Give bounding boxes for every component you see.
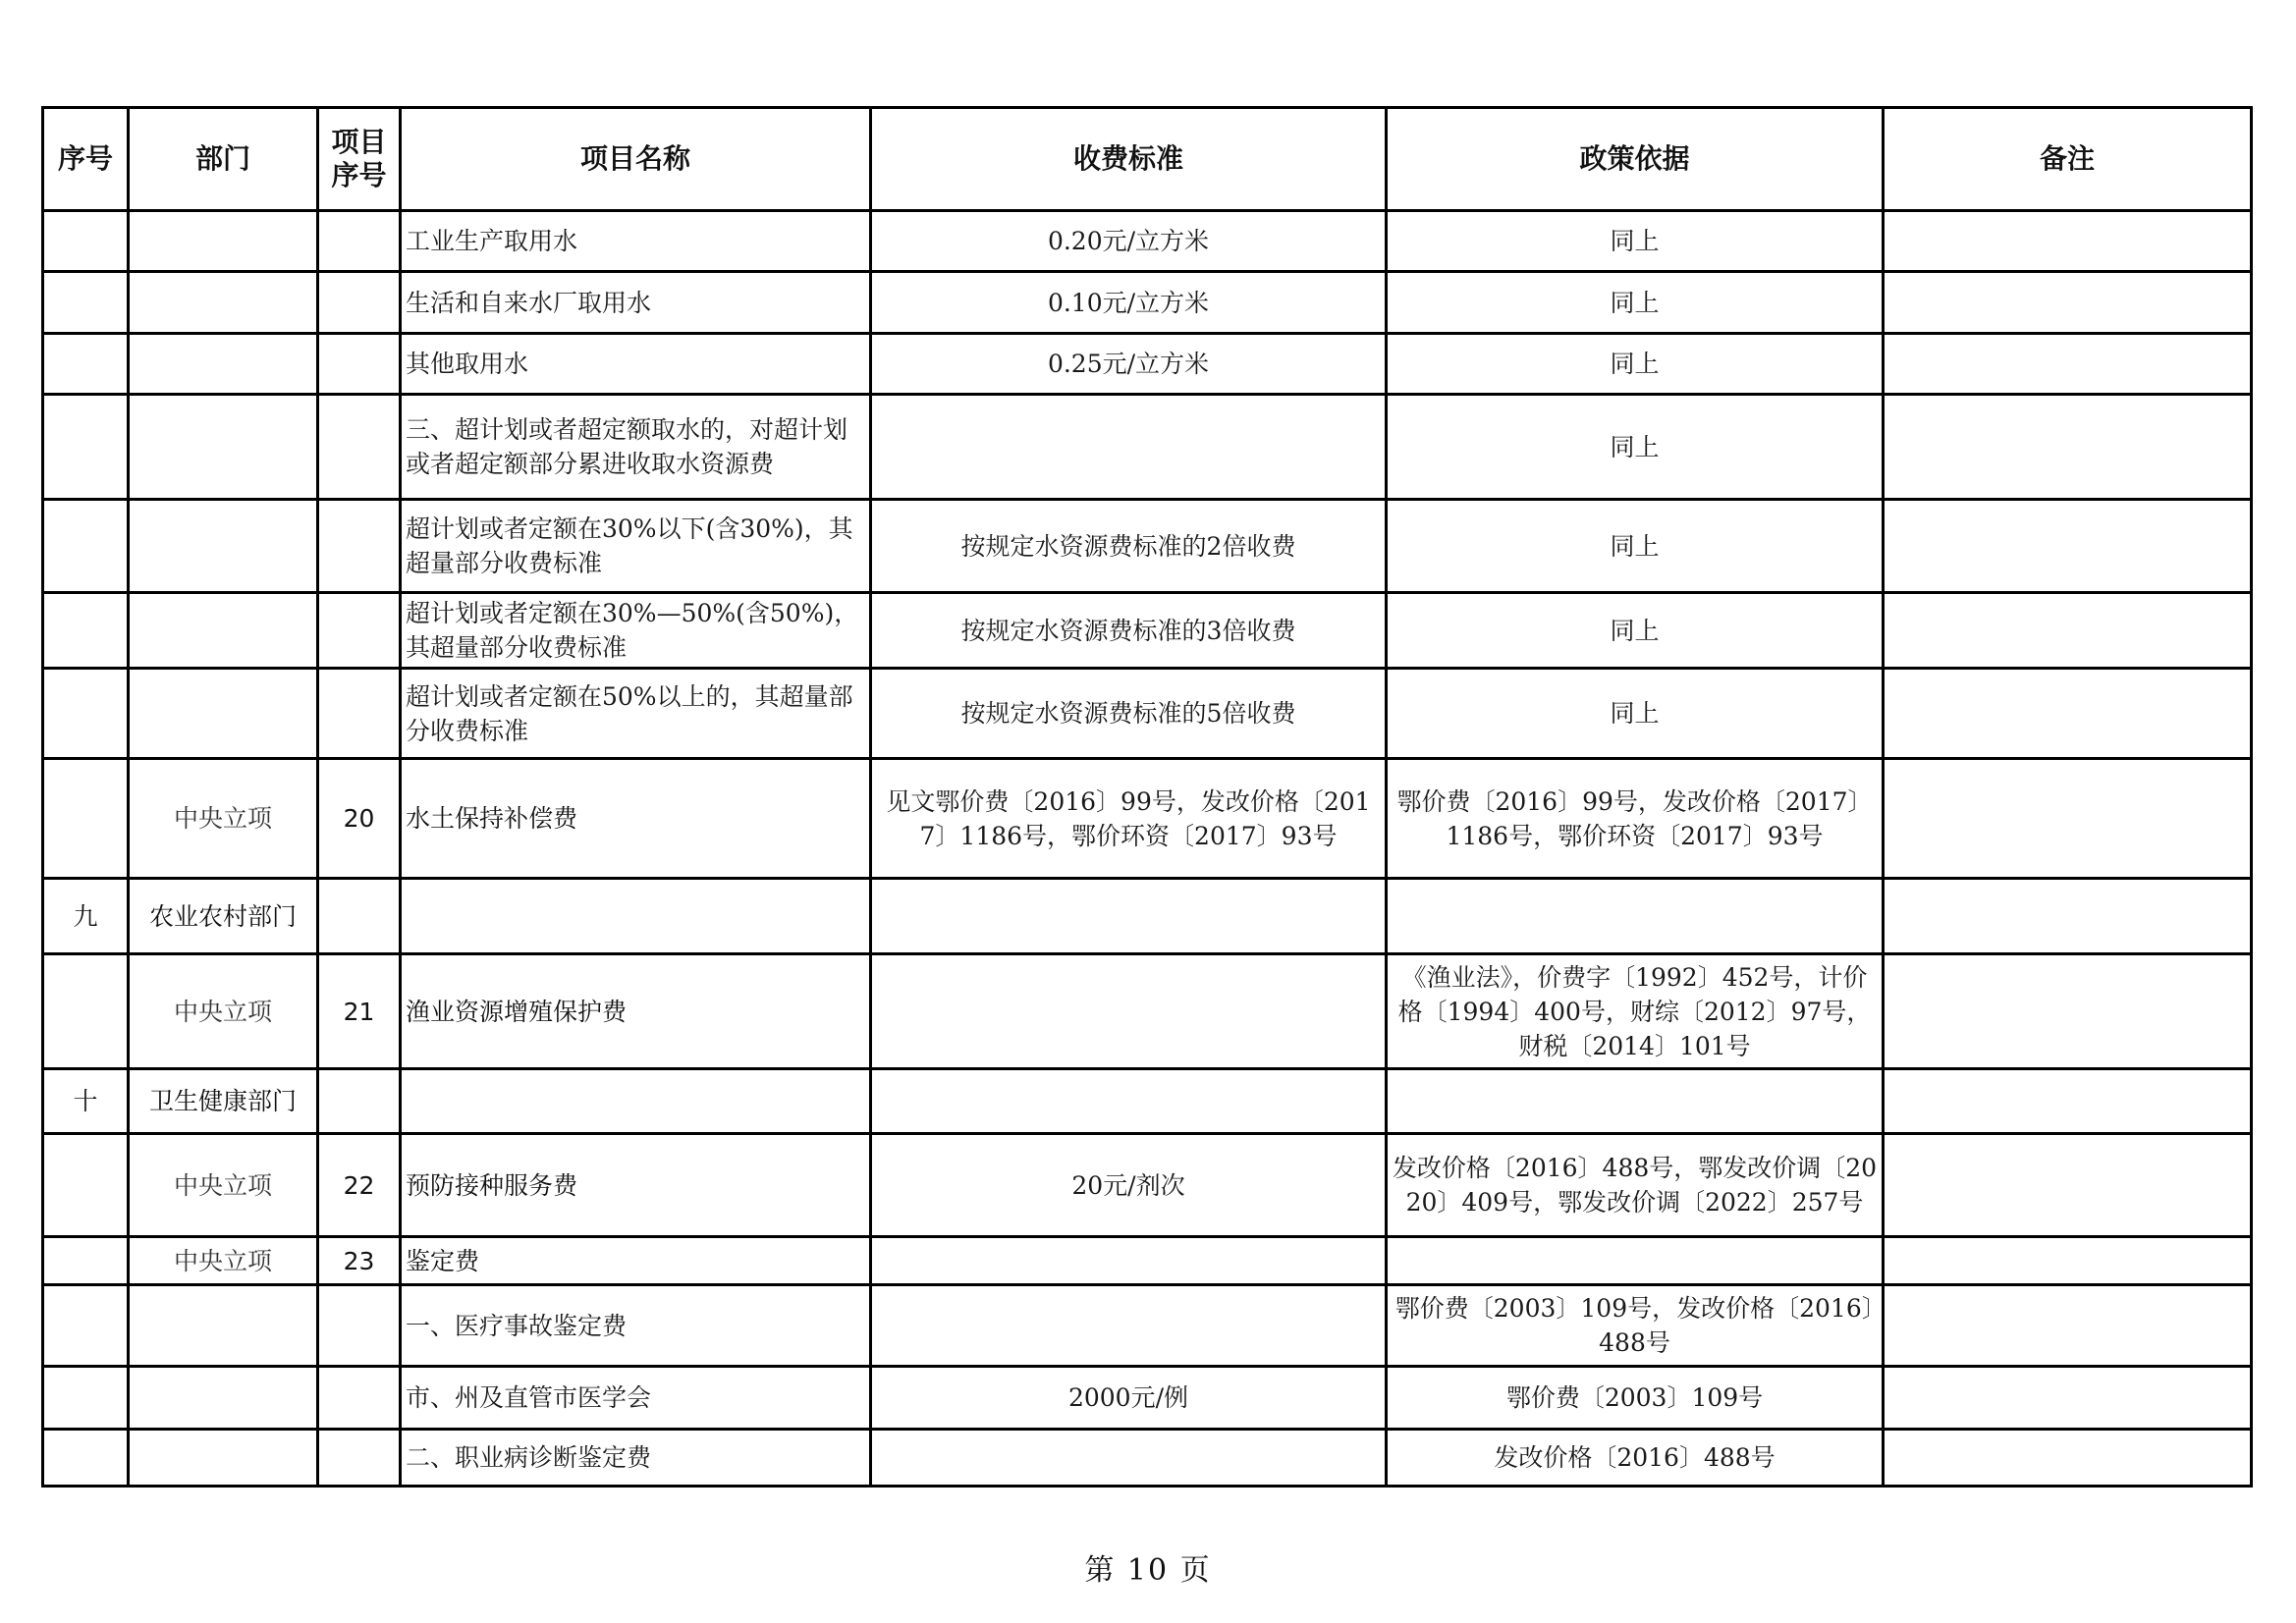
cell-item-name: 超计划或者定额在30%以下(含30%)，其超量部分收费标准 (401, 500, 871, 593)
cell-item-no: 20 (318, 759, 401, 879)
cell-policy-basis: 鄂价费〔2003〕109号，发改价格〔2016〕488号 (1387, 1285, 1884, 1367)
cell-item-no (318, 211, 401, 272)
header-basis: 政策依据 (1387, 108, 1884, 211)
cell-seq (43, 211, 129, 272)
cell-fee-standard: 按规定水资源费标准的2倍收费 (871, 500, 1387, 593)
cell-seq (43, 593, 129, 669)
cell-dept (129, 395, 318, 500)
cell-item-name: 三、超计划或者超定额取水的，对超计划或者超定额部分累进收取水资源费 (401, 395, 871, 500)
cell-item-name: 鉴定费 (401, 1237, 871, 1285)
cell-item-name (401, 879, 871, 954)
cell-policy-basis: 《渔业法》，价费字〔1992〕452号，计价格〔1994〕400号，财综〔201… (1387, 954, 1884, 1069)
cell-item-no (318, 1069, 401, 1134)
cell-seq (43, 954, 129, 1069)
cell-item-no: 23 (318, 1237, 401, 1285)
cell-policy-basis (1387, 1237, 1884, 1285)
cell-dept: 中央立项 (129, 1134, 318, 1237)
cell-item-no (318, 669, 401, 759)
page-number: 第 10 页 (0, 1545, 2296, 1589)
cell-fee-standard (871, 879, 1387, 954)
cell-seq (43, 334, 129, 395)
cell-policy-basis: 同上 (1387, 334, 1884, 395)
cell-item-no (318, 1367, 401, 1430)
cell-seq (43, 395, 129, 500)
cell-fee-standard: 2000元/例 (871, 1367, 1387, 1430)
cell-dept (129, 500, 318, 593)
cell-seq: 十 (43, 1069, 129, 1134)
cell-seq (43, 1237, 129, 1285)
cell-note (1884, 334, 2252, 395)
cell-dept (129, 669, 318, 759)
cell-seq (43, 500, 129, 593)
cell-note (1884, 759, 2252, 879)
cell-item-no: 22 (318, 1134, 401, 1237)
section-row: 十卫生健康部门 (43, 1069, 2252, 1134)
cell-item-name: 生活和自来水厂取用水 (401, 272, 871, 334)
cell-policy-basis: 发改价格〔2016〕488号 (1387, 1430, 1884, 1487)
cell-item-no: 21 (318, 954, 401, 1069)
header-name: 项目名称 (401, 108, 871, 211)
table-row: 超计划或者定额在50%以上的，其超量部分收费标准按规定水资源费标准的5倍收费同上 (43, 669, 2252, 759)
cell-item-name: 预防接种服务费 (401, 1134, 871, 1237)
cell-note (1884, 272, 2252, 334)
cell-item-no (318, 334, 401, 395)
cell-policy-basis: 同上 (1387, 395, 1884, 500)
cell-seq (43, 1430, 129, 1487)
cell-fee-standard (871, 1069, 1387, 1134)
cell-item-name: 二、职业病诊断鉴定费 (401, 1430, 871, 1487)
header-item-no: 项目序号 (318, 108, 401, 211)
cell-item-name: 水土保持补偿费 (401, 759, 871, 879)
cell-item-name: 其他取用水 (401, 334, 871, 395)
cell-policy-basis: 同上 (1387, 669, 1884, 759)
cell-fee-standard (871, 1285, 1387, 1367)
cell-dept: 中央立项 (129, 759, 318, 879)
cell-dept: 卫生健康部门 (129, 1069, 318, 1134)
cell-item-no (318, 500, 401, 593)
table-row: 市、州及直管市医学会2000元/例鄂价费〔2003〕109号 (43, 1367, 2252, 1430)
table-row: 超计划或者定额在30%以下(含30%)，其超量部分收费标准按规定水资源费标准的2… (43, 500, 2252, 593)
cell-policy-basis: 发改价格〔2016〕488号，鄂发改价调〔2020〕409号，鄂发改价调〔202… (1387, 1134, 1884, 1237)
cell-policy-basis (1387, 1069, 1884, 1134)
cell-fee-standard: 见文鄂价费〔2016〕99号，发改价格〔2017〕1186号，鄂价环资〔2017… (871, 759, 1387, 879)
table-row: 生活和自来水厂取用水0.10元/立方米同上 (43, 272, 2252, 334)
cell-dept (129, 1430, 318, 1487)
table-row: 其他取用水0.25元/立方米同上 (43, 334, 2252, 395)
cell-fee-standard (871, 954, 1387, 1069)
header-item-no-text: 项目序号 (330, 126, 389, 192)
cell-fee-standard (871, 1237, 1387, 1285)
cell-item-name (401, 1069, 871, 1134)
header-row: 序号 部门 项目序号 项目名称 收费标准 政策依据 备注 (43, 108, 2252, 211)
cell-note (1884, 879, 2252, 954)
cell-dept (129, 1285, 318, 1367)
cell-policy-basis: 同上 (1387, 211, 1884, 272)
cell-fee-standard: 按规定水资源费标准的5倍收费 (871, 669, 1387, 759)
table-row: 二、职业病诊断鉴定费发改价格〔2016〕488号 (43, 1430, 2252, 1487)
cell-seq (43, 1285, 129, 1367)
cell-note (1884, 1069, 2252, 1134)
cell-note (1884, 593, 2252, 669)
cell-fee-standard: 按规定水资源费标准的3倍收费 (871, 593, 1387, 669)
cell-note (1884, 211, 2252, 272)
table-row: 超计划或者定额在30%—50%(含50%)，其超量部分收费标准按规定水资源费标准… (43, 593, 2252, 669)
cell-dept: 中央立项 (129, 1237, 318, 1285)
cell-note (1884, 1237, 2252, 1285)
cell-fee-standard (871, 1430, 1387, 1487)
cell-item-name: 超计划或者定额在30%—50%(含50%)，其超量部分收费标准 (401, 593, 871, 669)
cell-seq (43, 759, 129, 879)
cell-fee-standard: 0.20元/立方米 (871, 211, 1387, 272)
cell-dept (129, 211, 318, 272)
cell-seq (43, 669, 129, 759)
cell-item-no (318, 1430, 401, 1487)
cell-seq (43, 1134, 129, 1237)
cell-item-name: 超计划或者定额在50%以上的，其超量部分收费标准 (401, 669, 871, 759)
table-row: 三、超计划或者超定额取水的，对超计划或者超定额部分累进收取水资源费同上 (43, 395, 2252, 500)
cell-item-no (318, 272, 401, 334)
table-row: 一、医疗事故鉴定费鄂价费〔2003〕109号，发改价格〔2016〕488号 (43, 1285, 2252, 1367)
cell-item-no (318, 1285, 401, 1367)
cell-seq (43, 1367, 129, 1430)
header-seq: 序号 (43, 108, 129, 211)
cell-item-no (318, 395, 401, 500)
section-row: 九农业农村部门 (43, 879, 2252, 954)
cell-fee-standard: 0.10元/立方米 (871, 272, 1387, 334)
table-row: 中央立项22预防接种服务费20元/剂次发改价格〔2016〕488号，鄂发改价调〔… (43, 1134, 2252, 1237)
cell-dept (129, 1367, 318, 1430)
cell-fee-standard (871, 395, 1387, 500)
header-dept: 部门 (129, 108, 318, 211)
cell-item-name: 一、医疗事故鉴定费 (401, 1285, 871, 1367)
cell-policy-basis: 同上 (1387, 500, 1884, 593)
cell-note (1884, 1367, 2252, 1430)
header-standard: 收费标准 (871, 108, 1387, 211)
cell-fee-standard: 20元/剂次 (871, 1134, 1387, 1237)
cell-dept (129, 272, 318, 334)
cell-note (1884, 1134, 2252, 1237)
cell-dept: 中央立项 (129, 954, 318, 1069)
cell-note (1884, 395, 2252, 500)
table-row: 中央立项21渔业资源增殖保护费《渔业法》，价费字〔1992〕452号，计价格〔1… (43, 954, 2252, 1069)
cell-dept (129, 334, 318, 395)
cell-note (1884, 954, 2252, 1069)
table-row: 工业生产取用水0.20元/立方米同上 (43, 211, 2252, 272)
cell-policy-basis: 同上 (1387, 272, 1884, 334)
cell-item-name: 渔业资源增殖保护费 (401, 954, 871, 1069)
fee-table: 序号 部门 项目序号 项目名称 收费标准 政策依据 备注 工业生产取用水0.20… (41, 106, 2253, 1488)
cell-dept: 农业农村部门 (129, 879, 318, 954)
cell-policy-basis: 鄂价费〔2003〕109号 (1387, 1367, 1884, 1430)
table-row: 中央立项20水土保持补偿费见文鄂价费〔2016〕99号，发改价格〔2017〕11… (43, 759, 2252, 879)
cell-note (1884, 1285, 2252, 1367)
cell-note (1884, 669, 2252, 759)
cell-policy-basis (1387, 879, 1884, 954)
cell-note (1884, 500, 2252, 593)
table-row: 中央立项23鉴定费 (43, 1237, 2252, 1285)
cell-item-name: 工业生产取用水 (401, 211, 871, 272)
cell-policy-basis: 鄂价费〔2016〕99号，发改价格〔2017〕1186号，鄂价环资〔2017〕9… (1387, 759, 1884, 879)
cell-item-no (318, 879, 401, 954)
cell-seq (43, 272, 129, 334)
header-note: 备注 (1884, 108, 2252, 211)
cell-seq: 九 (43, 879, 129, 954)
cell-fee-standard: 0.25元/立方米 (871, 334, 1387, 395)
cell-policy-basis: 同上 (1387, 593, 1884, 669)
cell-item-name: 市、州及直管市医学会 (401, 1367, 871, 1430)
cell-note (1884, 1430, 2252, 1487)
cell-dept (129, 593, 318, 669)
cell-item-no (318, 593, 401, 669)
